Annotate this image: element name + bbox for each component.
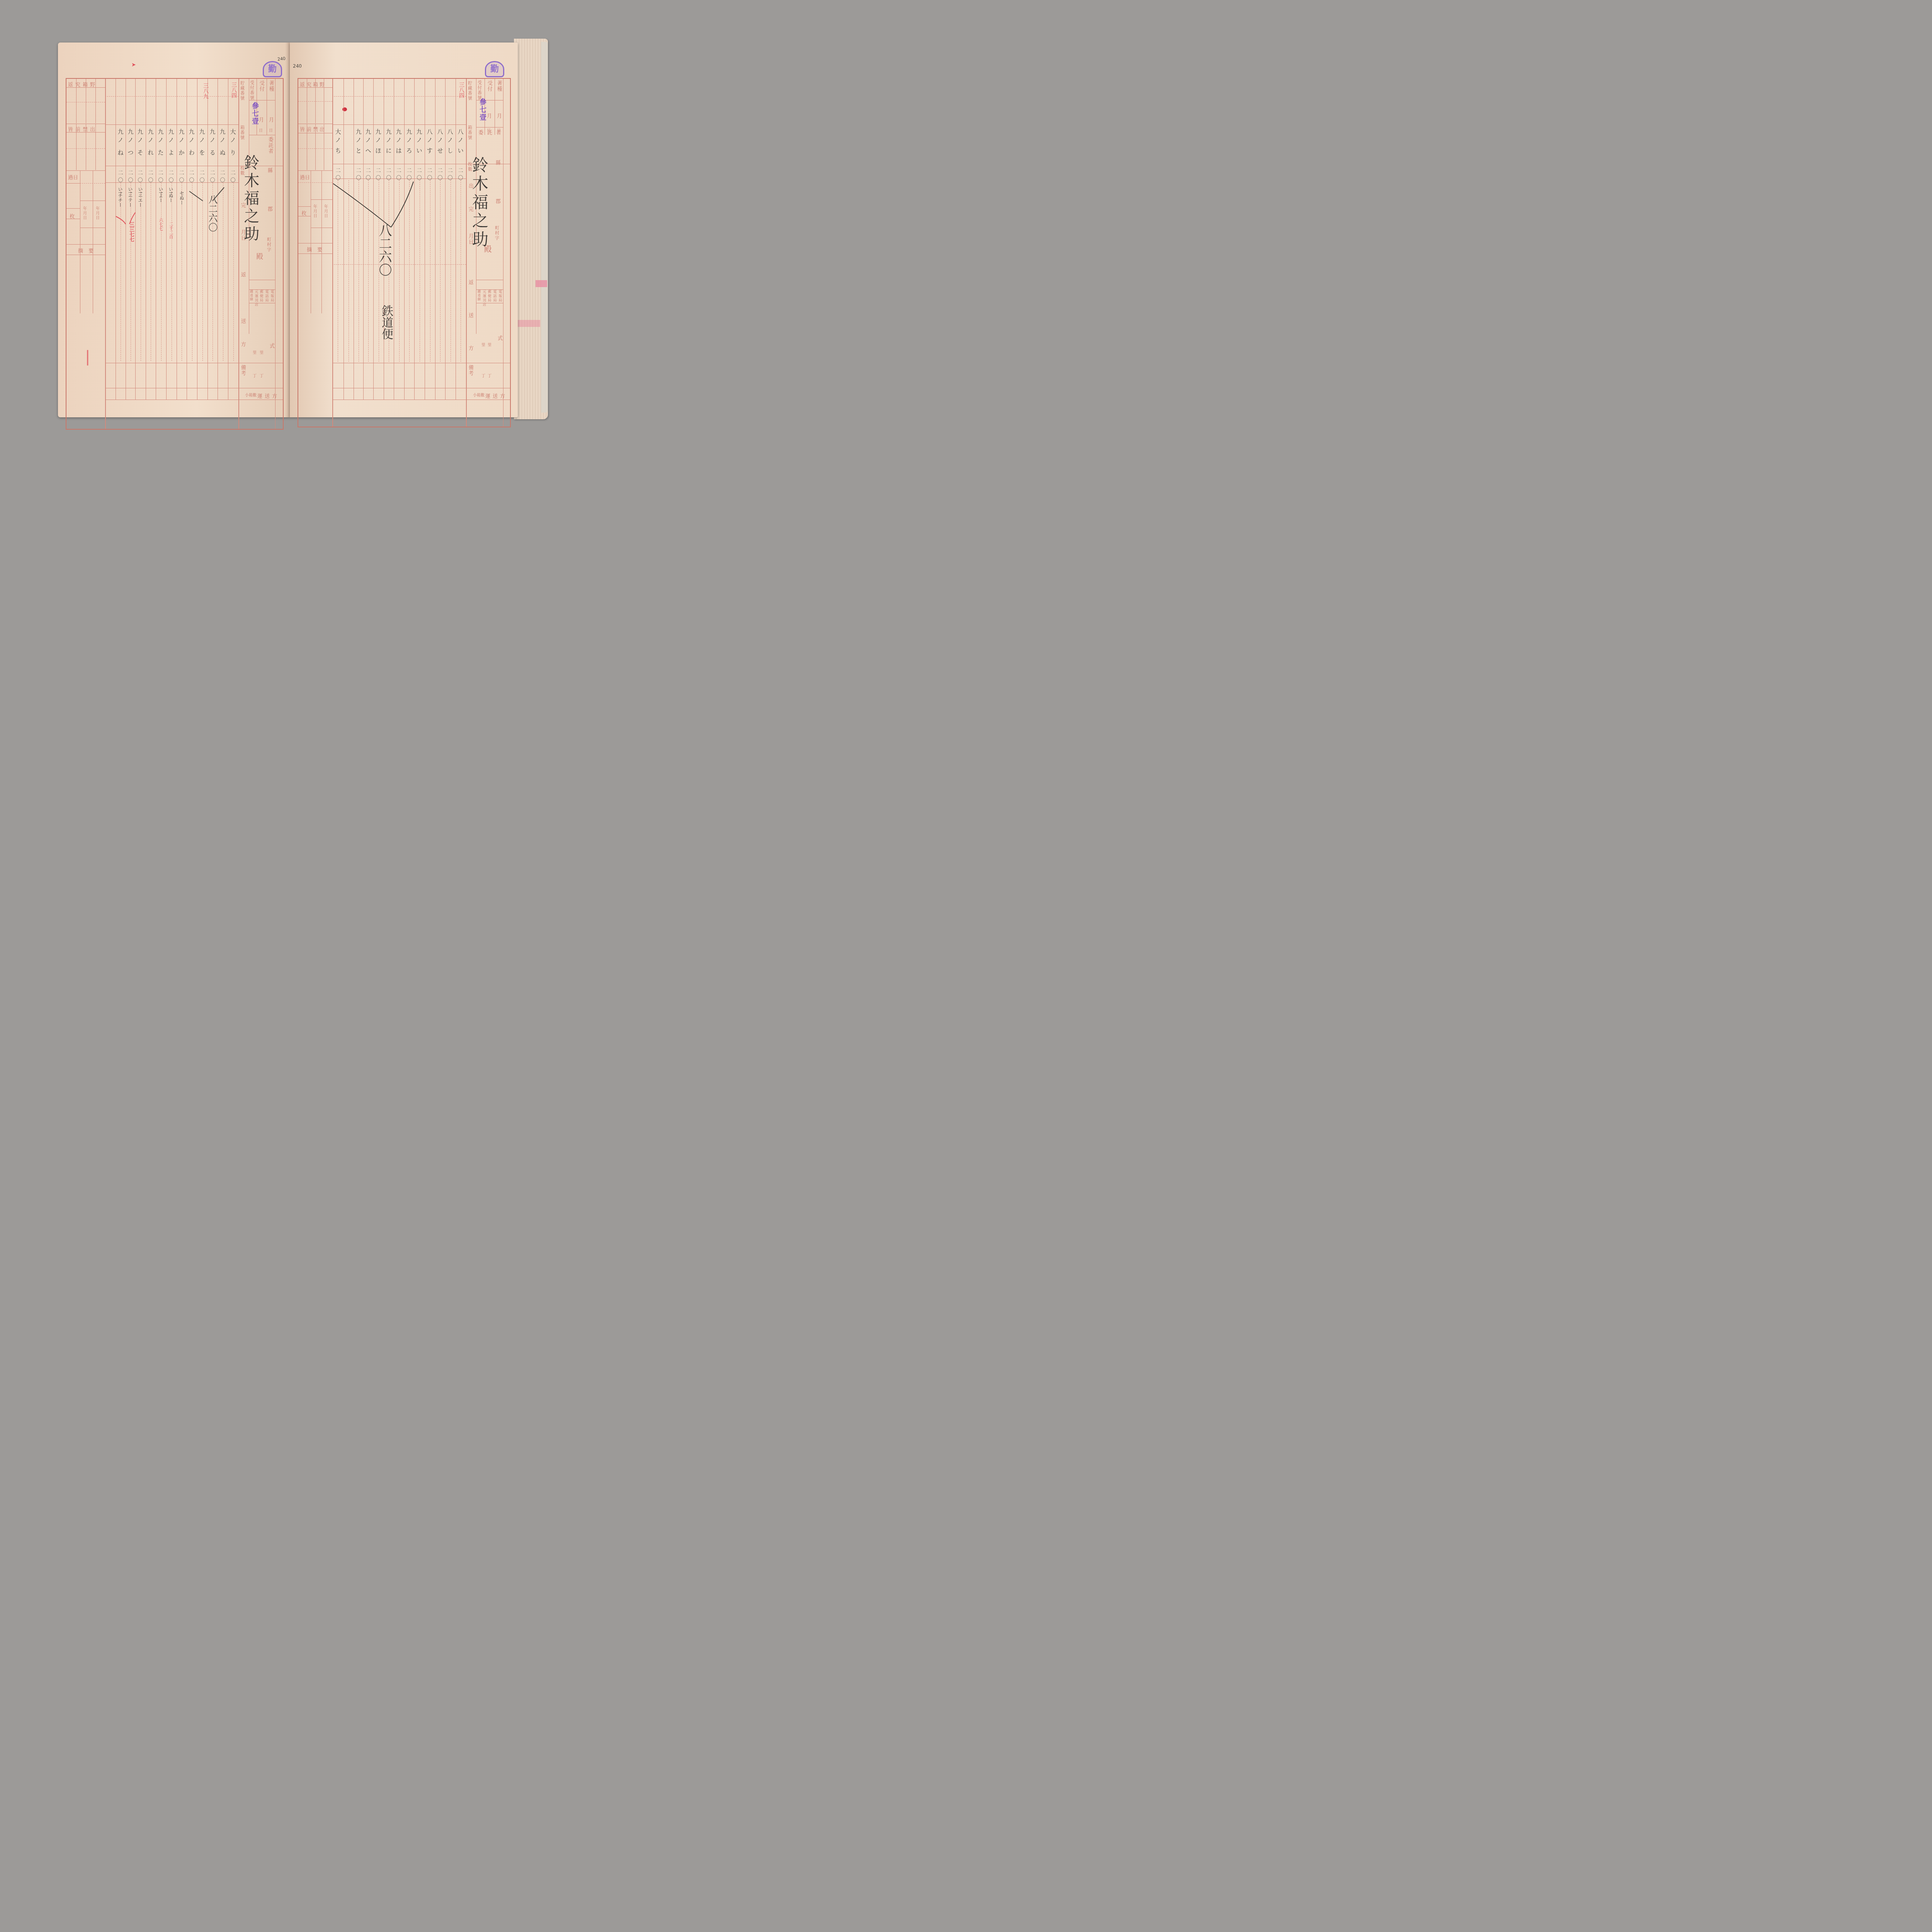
- entry-kana: す: [425, 146, 434, 155]
- col-rule: [177, 79, 177, 400]
- divider: [298, 101, 332, 102]
- remarks-label: 備考: [468, 365, 473, 376]
- entry-prefix: 九ノ: [415, 128, 423, 144]
- divider: [66, 183, 80, 184]
- parcel-count-label: 小箱數: [245, 392, 257, 398]
- entry-count: 二〇: [116, 168, 125, 183]
- serial-number: 三八四: [230, 82, 238, 98]
- col-rule: [275, 79, 276, 429]
- cho-label: 丁: [260, 372, 264, 378]
- recv-no-label: 受付番號: [477, 80, 482, 100]
- left-page: 240 勤 ➤ 返究箱野 皆前禁出 過日 枚 年月日 年月日: [58, 43, 290, 417]
- ri-label: 里: [260, 349, 264, 355]
- entry-count: 二〇: [334, 166, 342, 181]
- col-rule: [207, 79, 208, 400]
- entry-prefix: 九ノ: [198, 128, 206, 144]
- page-number: 240: [293, 63, 302, 69]
- entry-kana: ろ: [405, 146, 413, 155]
- entry-prefix: 九ノ: [208, 128, 217, 144]
- entry-kana: そ: [136, 148, 145, 156]
- shiki-label: 式: [270, 342, 275, 349]
- red-mark: [517, 320, 540, 327]
- recv-date-label: 受付: [486, 80, 492, 92]
- date-label: 年月日: [323, 204, 327, 218]
- consignor-label: 委託者: [478, 128, 505, 136]
- ledger-form-right: 返究箱野 皆前禁出 過日 枚 年月日 年月日 摘要: [298, 78, 511, 427]
- serial-number: 三八九: [202, 83, 209, 99]
- col-dash: [121, 183, 121, 361]
- entry-count: 二〇: [405, 166, 413, 181]
- ri-label: 里: [253, 349, 257, 355]
- divider: [298, 148, 332, 149]
- entry-kana: か: [177, 148, 186, 156]
- entry-prefix: 九ノ: [167, 128, 175, 144]
- col-rule: [495, 79, 495, 135]
- row-rule: [249, 303, 275, 303]
- row-rule: [249, 280, 275, 280]
- entry-kana: た: [156, 148, 165, 156]
- row-rule: [476, 127, 503, 128]
- overdue-label: 過日: [68, 173, 78, 180]
- col-dash: [430, 180, 430, 362]
- prefecture-label: 縣: [267, 168, 272, 173]
- town-label: 町村字: [267, 237, 271, 252]
- divider: [298, 243, 332, 243]
- col-rule: [156, 79, 156, 400]
- entry-prefix: 八ノ: [456, 128, 465, 144]
- side-mid-labels: 皆前禁出: [300, 125, 326, 133]
- entry-prefix: 大ノ: [229, 128, 237, 144]
- entry-count: 二〇: [395, 166, 403, 181]
- cho-label: 丁: [488, 372, 492, 378]
- col-rule: [404, 79, 405, 400]
- entry-count: 二〇: [167, 168, 175, 183]
- col-dash: [192, 183, 192, 361]
- shipping-agent-label: 元運送店: [254, 290, 257, 307]
- entry-count: 二〇: [364, 166, 372, 181]
- ri-label: 里: [488, 342, 492, 347]
- summary-label: 摘要: [307, 245, 328, 253]
- method-label: 方: [240, 342, 245, 347]
- col-rule: [228, 79, 228, 400]
- kind-label: 著種: [496, 80, 502, 92]
- divider: [298, 206, 311, 207]
- month-label: 月: [497, 112, 502, 119]
- entry-kana: よ: [167, 148, 175, 156]
- ledger-stamp-number: 參七壹: [250, 102, 260, 125]
- entry-count: 二〇: [456, 166, 465, 181]
- col-dash: [461, 180, 461, 362]
- rail-station-label: 鐵道驛: [250, 290, 253, 301]
- date-label: 年月日: [312, 204, 316, 218]
- col-rule: [394, 79, 394, 400]
- divider: [311, 170, 311, 313]
- col-rule: [363, 79, 364, 400]
- right-page: 240 勤 返究箱野 皆前禁出 過日 枚 年月日 年月日: [290, 43, 518, 417]
- ledger-stamp-number: 參七壹: [477, 98, 487, 121]
- total-note: 八二六〇: [206, 195, 219, 232]
- entry-count: 二〇: [436, 166, 444, 181]
- side-top-labels: 返究箱野: [68, 80, 97, 88]
- col-rule: [445, 79, 446, 400]
- entry-kana: せ: [436, 146, 444, 155]
- delivery-method-note: 鉄道便: [378, 305, 395, 340]
- col-dash: [172, 183, 172, 361]
- entry-prefix: 九ノ: [218, 128, 227, 144]
- col-rule: [116, 79, 116, 400]
- entry-prefix: 九ノ: [405, 128, 413, 144]
- entry-prefix: 九ノ: [126, 128, 135, 144]
- official-seal-icon: 勤: [485, 61, 504, 77]
- shiki-label: 式: [498, 334, 503, 341]
- recv-no-label: 受付番號: [250, 80, 254, 100]
- entry-kana: れ: [146, 148, 155, 156]
- official-seal-icon: 勤: [263, 61, 282, 77]
- rail-station-label: 鐵道驛: [477, 290, 480, 301]
- storage-no-label: 貯藏番號: [240, 81, 245, 101]
- col-rule: [126, 79, 126, 400]
- divider: [86, 124, 86, 170]
- entry-kana: わ: [187, 148, 196, 156]
- entry-kana: ね: [116, 148, 125, 156]
- entry-kana: ぬ: [218, 148, 227, 156]
- entry-count: 二〇: [374, 166, 383, 181]
- col-dash: [338, 180, 338, 362]
- col-dash: [440, 180, 440, 362]
- entry-prefix: 九ノ: [187, 128, 196, 144]
- col-dash: [420, 180, 420, 362]
- divider: [324, 124, 324, 170]
- col-dash: [141, 183, 141, 361]
- entry-prefix: 八ノ: [446, 128, 454, 144]
- consignor-label: 委託者: [267, 137, 273, 154]
- red-total: 二千二百: [168, 222, 174, 239]
- divider: [66, 219, 80, 219]
- entry-count: 二〇: [146, 168, 155, 183]
- col-rule: [425, 79, 425, 400]
- month-label: 月: [487, 112, 492, 119]
- district-label: 郡: [267, 206, 272, 212]
- divider: [95, 124, 96, 170]
- divider: [66, 102, 105, 102]
- serial-number: 三八四: [457, 82, 465, 98]
- entry-count: 二〇: [126, 168, 135, 183]
- row-rule: [105, 363, 283, 363]
- page-number: 240: [277, 56, 286, 62]
- entry-count: 二〇: [229, 168, 237, 183]
- col-rule: [197, 79, 197, 400]
- col-dash: [409, 180, 410, 362]
- row-rule: [249, 135, 275, 135]
- parcel-count-label: 小箱數: [473, 392, 485, 398]
- entry-kana: し: [446, 146, 454, 155]
- prefecture-label: 縣: [495, 160, 500, 166]
- side-mid-labels: 皆前禁出: [68, 125, 97, 133]
- red-mark: ❘: [81, 348, 94, 366]
- transport-label: 運送方: [257, 392, 279, 399]
- col-rule: [354, 79, 354, 400]
- entry-prefix: 九ノ: [374, 128, 383, 144]
- sub-entry: い!よー: [158, 187, 164, 203]
- entry-count: 二〇: [218, 168, 227, 183]
- telegraph-label: 電報局: [270, 290, 273, 303]
- sub-entry: セぬー: [179, 191, 185, 205]
- row-rule: [332, 388, 510, 388]
- remarks-label: 備考: [240, 365, 245, 376]
- entry-count: 二〇: [446, 166, 454, 181]
- entry-prefix: 九ノ: [116, 128, 125, 144]
- col-dash: [399, 180, 400, 362]
- divider: [298, 216, 311, 216]
- side-top-labels: 返究箱野: [300, 80, 326, 88]
- row-rule: [332, 124, 466, 125]
- consignor-name: 鈴木福之助: [240, 155, 262, 243]
- row-rule: [332, 363, 510, 363]
- red-total: 三三七七: [128, 222, 135, 242]
- divider: [95, 79, 96, 123]
- divider: [86, 79, 86, 123]
- divider: [298, 170, 332, 171]
- row-rule: [249, 100, 275, 100]
- entry-prefix: 九ノ: [146, 128, 155, 144]
- col-dash: [359, 180, 359, 362]
- transport-label: 運送方: [485, 392, 507, 399]
- row-rule: [332, 96, 466, 97]
- entry-kana: り: [229, 148, 237, 156]
- col-rule: [267, 79, 267, 135]
- consignor-name: 鈴木福之助: [468, 156, 491, 249]
- entry-count: 二〇: [415, 166, 423, 181]
- red-mark: [536, 280, 547, 287]
- divider: [93, 170, 93, 313]
- return-label: 返: [468, 280, 473, 286]
- sheets-label: 枚: [301, 209, 306, 216]
- entry-count: 二〇: [208, 168, 217, 183]
- cho-label: 丁: [481, 372, 485, 378]
- send-label: 送: [240, 318, 245, 324]
- divider: [76, 79, 77, 123]
- entry-kana: と: [354, 146, 363, 155]
- col-dash: [368, 180, 369, 362]
- back-cover-edge: [541, 42, 548, 413]
- date-label: 年月日: [95, 206, 99, 220]
- send-label: 送: [468, 313, 473, 318]
- entry-kana: は: [395, 146, 403, 155]
- entry-kana: つ: [126, 148, 135, 156]
- row-rule: [105, 96, 238, 97]
- ledger-form-left: 返究箱野 皆前禁出 過日 枚 年月日 年月日 摘要: [66, 78, 284, 430]
- col-rule: [238, 79, 239, 429]
- col-rule: [466, 79, 467, 427]
- return-label: 返: [240, 272, 245, 278]
- col-rule: [146, 79, 146, 400]
- total-note: 八二六〇: [375, 224, 394, 276]
- col-rule: [456, 79, 456, 400]
- entry-prefix: 大ノ: [334, 128, 342, 144]
- sub-entry: い!チチー: [117, 187, 124, 207]
- divider: [307, 124, 307, 170]
- entry-kana: を: [198, 148, 206, 156]
- storage-no-label: 貯藏番號: [468, 81, 472, 101]
- divider: [105, 79, 106, 429]
- day-label: 日: [259, 127, 263, 133]
- divider: [315, 124, 316, 170]
- box-no-label: 箱番號: [240, 125, 245, 140]
- entry-prefix: 九ノ: [395, 128, 403, 144]
- telephone-label: 電話局: [264, 290, 268, 303]
- entry-count: 二〇: [354, 166, 363, 181]
- entry-kana: ほ: [374, 146, 383, 155]
- col-dash: [161, 183, 162, 361]
- entry-prefix: 九ノ: [354, 128, 363, 144]
- entry-prefix: 九ノ: [156, 128, 165, 144]
- entry-kana: ち: [334, 146, 342, 155]
- divider: [332, 79, 333, 427]
- col-dash: [451, 180, 451, 362]
- divider: [311, 199, 332, 200]
- col-rule: [414, 79, 415, 400]
- col-dash: [233, 183, 234, 361]
- entry-prefix: 九ノ: [384, 128, 393, 144]
- kind-label: 著種: [268, 80, 274, 92]
- overdue-label: 過日: [300, 173, 310, 180]
- town-label: 町村字: [495, 226, 499, 241]
- divider: [321, 170, 322, 313]
- divider: [66, 208, 80, 209]
- row-rule: [105, 388, 283, 388]
- post-office-label: 郵便局: [259, 290, 262, 303]
- shipping-agent-label: 元運送店: [482, 290, 485, 307]
- entry-kana: い: [456, 146, 465, 155]
- entry-count: 二〇: [136, 168, 145, 183]
- page-stack-edge: [514, 39, 548, 419]
- col-rule: [187, 79, 187, 400]
- ri-label: 里: [481, 342, 485, 347]
- date-label: 年月日: [82, 206, 86, 220]
- entry-kana: い: [415, 146, 423, 155]
- entry-kana: へ: [364, 146, 372, 155]
- divider: [298, 182, 332, 183]
- divider: [66, 244, 105, 245]
- row-rule: [476, 280, 503, 280]
- divider: [80, 201, 105, 201]
- summary-label: 摘要: [78, 247, 99, 254]
- entry-prefix: 九ノ: [177, 128, 186, 144]
- col-rule: [435, 79, 435, 400]
- row-rule: [105, 400, 283, 400]
- sub-entry: い!ニエー: [137, 187, 144, 207]
- divider: [80, 183, 105, 184]
- telegraph-label: 電報局: [498, 290, 501, 303]
- col-rule: [373, 79, 374, 400]
- red-mark: ➤: [131, 62, 136, 68]
- col-dash: [151, 183, 151, 361]
- divider: [298, 253, 332, 254]
- divider: [66, 170, 105, 171]
- entry-prefix: 九ノ: [136, 128, 145, 144]
- row-rule: [476, 303, 503, 303]
- col-dash: [182, 183, 182, 361]
- district-label: 郡: [495, 199, 500, 204]
- col-rule: [166, 79, 167, 400]
- col-dash: [223, 183, 223, 361]
- divider: [76, 124, 77, 170]
- col-dash: [202, 183, 203, 361]
- divider: [80, 170, 80, 313]
- col-rule: [218, 79, 218, 400]
- divider: [311, 228, 332, 228]
- entry-count: 二〇: [198, 168, 206, 183]
- divider: [66, 255, 105, 255]
- entry-prefix: 九ノ: [364, 128, 372, 144]
- col-dash: [131, 183, 131, 361]
- entry-kana: に: [384, 146, 393, 155]
- recv-date-label: 受付: [259, 80, 264, 92]
- entry-count: 二〇: [187, 168, 196, 183]
- entry-kana: る: [208, 148, 217, 156]
- divider: [80, 228, 105, 228]
- entry-prefix: 八ノ: [436, 128, 444, 144]
- col-rule: [344, 79, 344, 400]
- day-label: 日: [269, 127, 273, 133]
- entry-count: 二〇: [384, 166, 393, 181]
- col-rule: [135, 79, 136, 400]
- month-label: 月: [269, 116, 274, 123]
- entry-count: 二〇: [425, 166, 434, 181]
- telephone-label: 電話局: [492, 290, 496, 303]
- sub-entry: い!ニテー: [127, 187, 134, 207]
- cho-label: 丁: [253, 372, 257, 378]
- row-rule: [332, 400, 510, 400]
- entry-prefix: 八ノ: [425, 128, 434, 144]
- post-office-label: 郵便局: [487, 290, 490, 303]
- col-dash: [349, 180, 349, 362]
- entry-count: 二〇: [156, 168, 165, 183]
- method-label: 方: [468, 345, 473, 351]
- divider: [66, 148, 105, 149]
- box-no-label: 箱番號: [468, 125, 472, 140]
- row-rule: [105, 124, 238, 125]
- sub-entry: い!ぬー: [168, 187, 174, 203]
- entry-count: 二〇: [177, 168, 186, 183]
- red-total: 六七七: [158, 218, 164, 231]
- honorific-label: 殿: [255, 253, 262, 260]
